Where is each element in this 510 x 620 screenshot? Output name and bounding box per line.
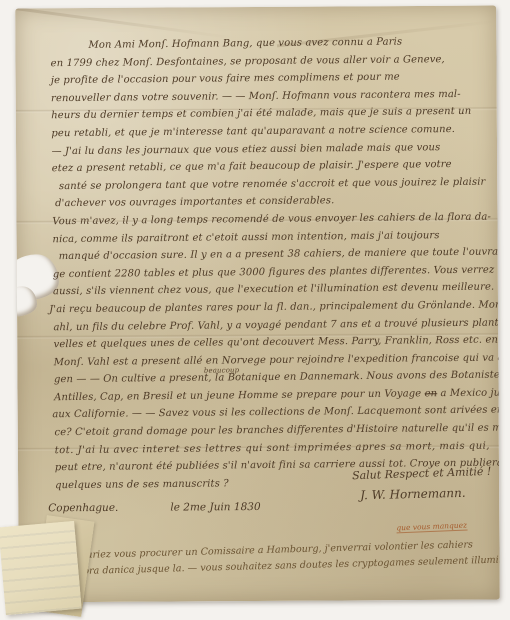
letter-body: Mon Ami Monſ. Hofmann Bang, que vous ave… — [50, 33, 495, 495]
scanned-letter-photo: Mon Ami Monſ. Hofmann Bang, que vous ave… — [0, 0, 510, 620]
interline-insertion: beaucoup — [204, 362, 240, 380]
letter-line-segment: Antilles, Cap, en Bresil et un jeune Hom… — [54, 388, 425, 403]
struck-word: en — [425, 388, 438, 399]
letter-sheet: Mon Ami Monſ. Hofmann Bang, que vous ave… — [15, 6, 500, 603]
place-date-line: Copenhague.le 2me Juin 1830 — [48, 501, 260, 514]
postscript: Si vous pouriez vous procurer un Comissa… — [36, 537, 496, 581]
fold-crease — [16, 7, 234, 39]
place-name: Copenhague. — [48, 502, 118, 514]
red-ink-note: que vous manquez — [396, 520, 467, 533]
letter-date: le 2me Juin 1830 — [170, 501, 260, 514]
folded-paper-corner — [0, 521, 82, 615]
signature: J. W. Hornemann. — [360, 486, 466, 502]
letter-line-segment: a Mexico jusqu' — [437, 387, 500, 399]
